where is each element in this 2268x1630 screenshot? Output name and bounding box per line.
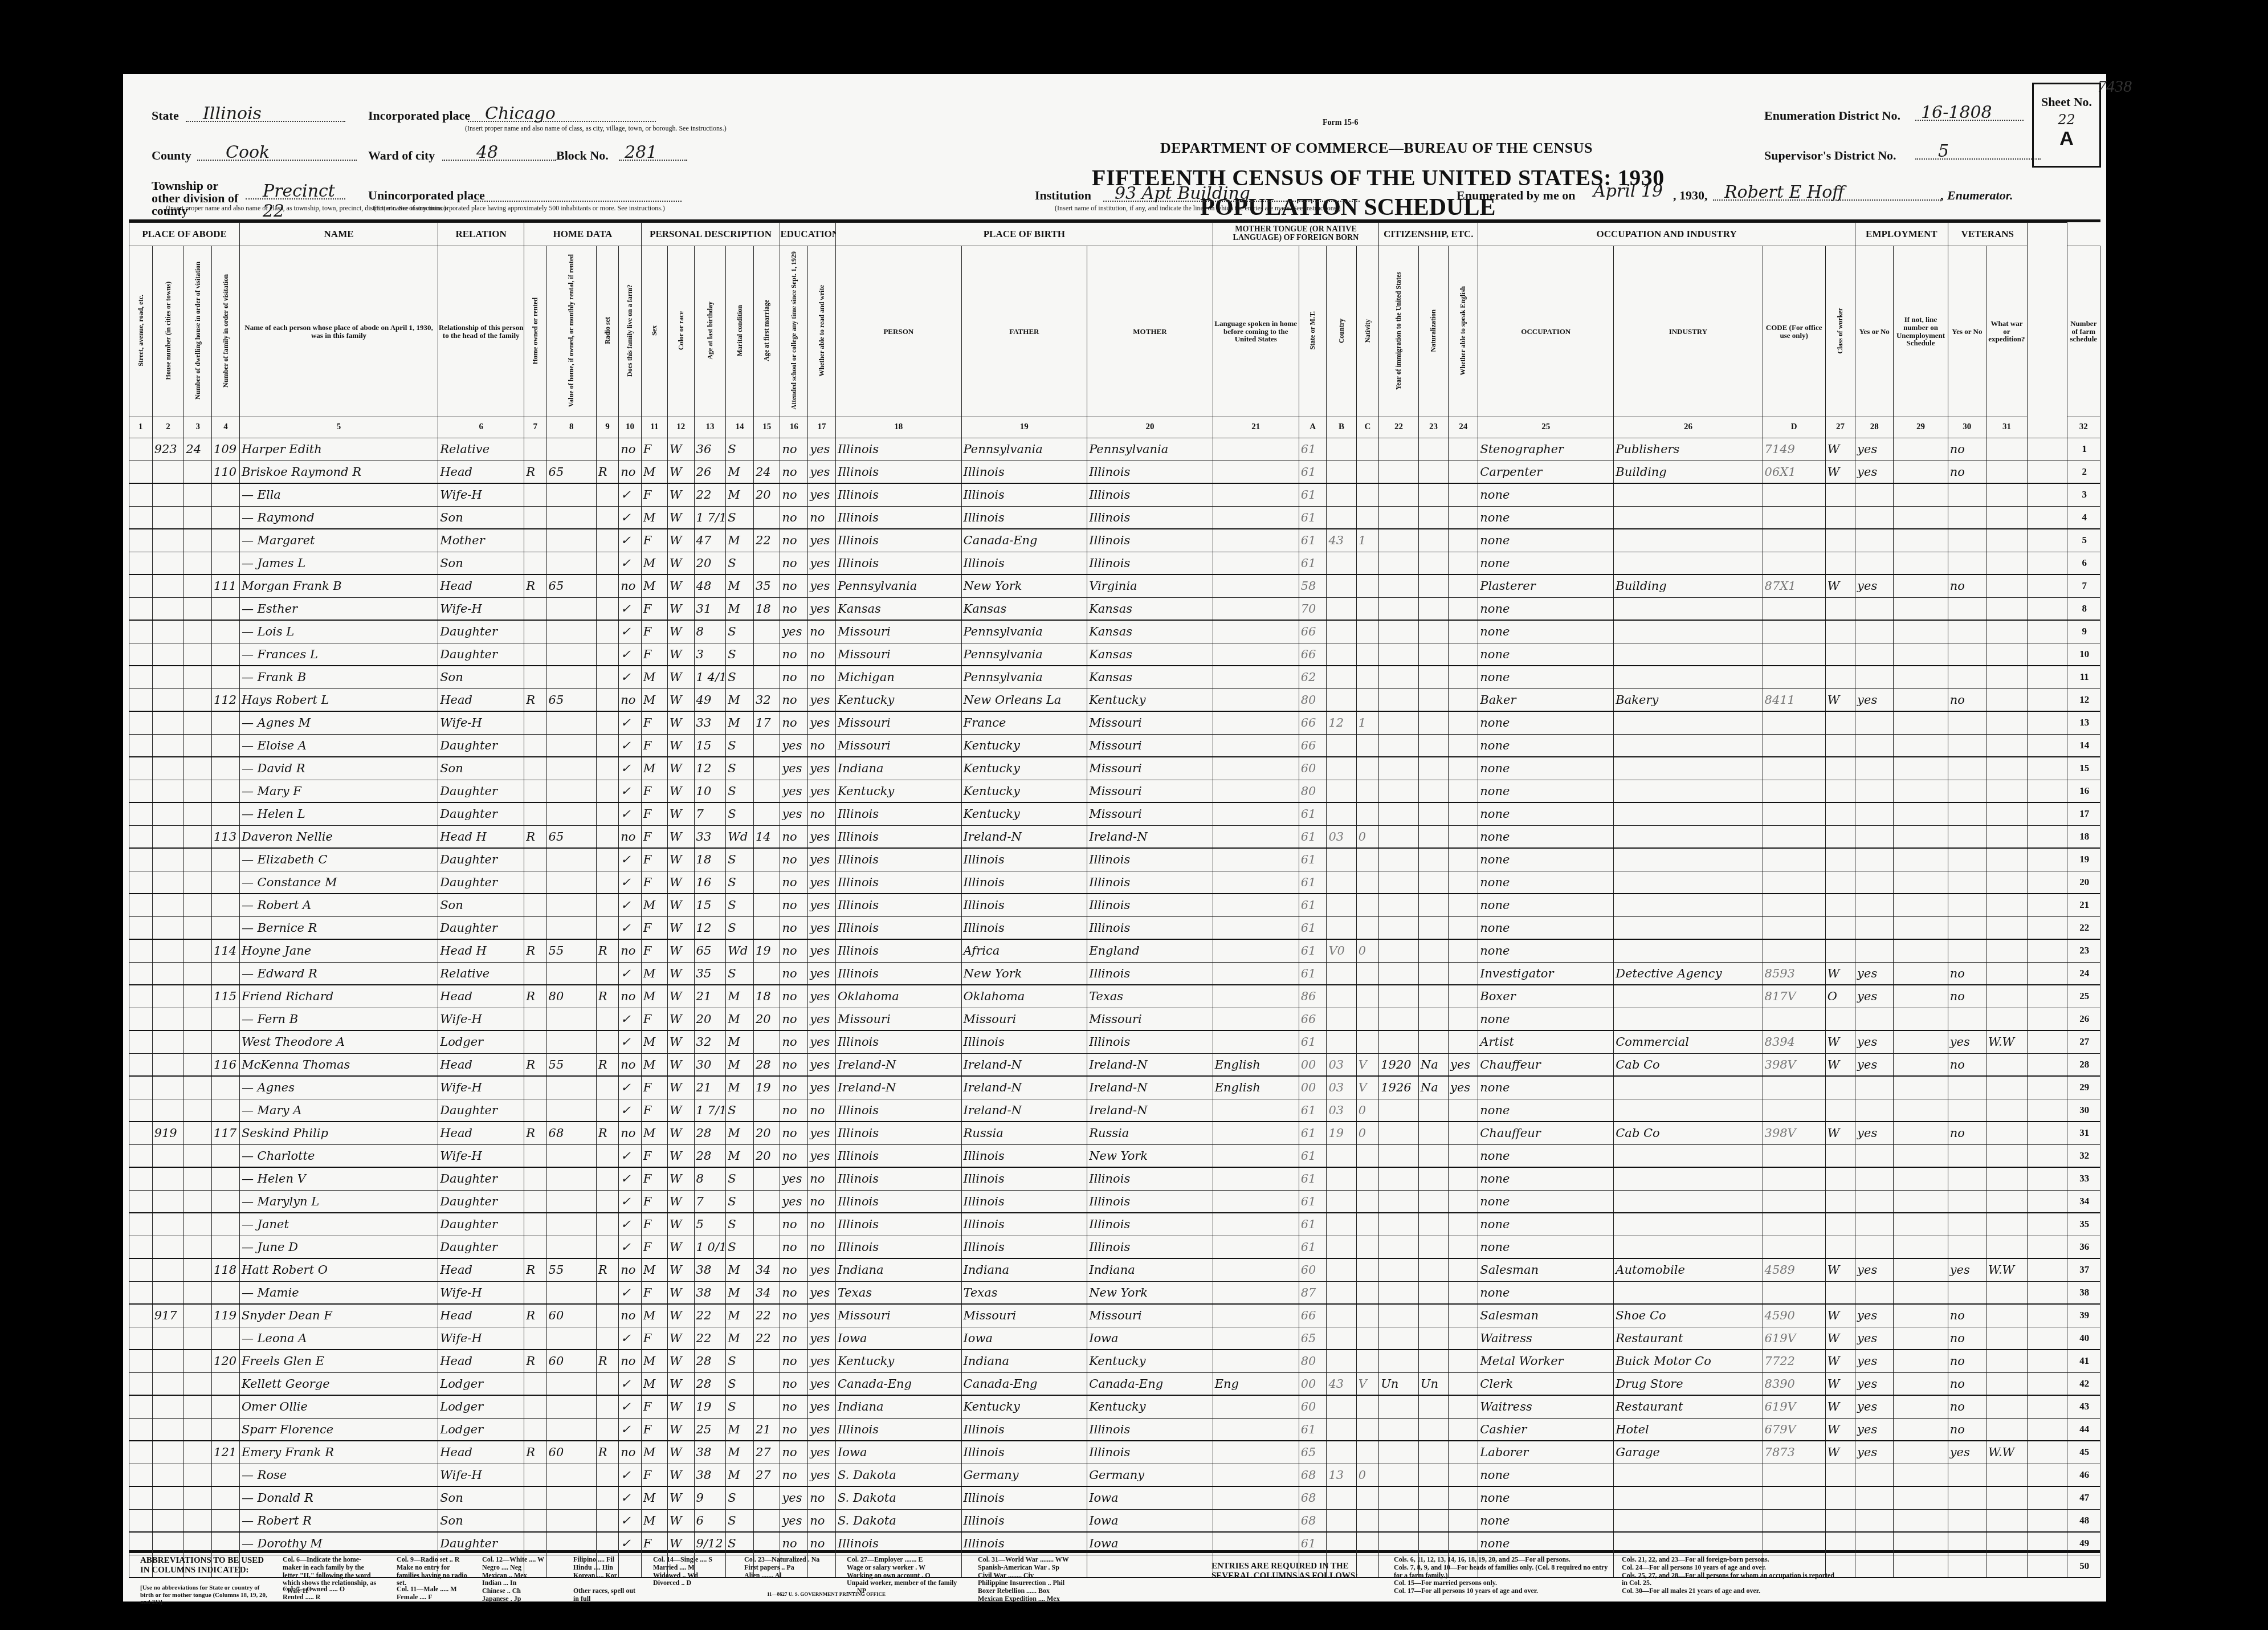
cell-vet: no — [1948, 461, 1986, 483]
cell-race: W — [668, 871, 694, 894]
cell-pob-father: Iowa — [961, 1327, 1087, 1350]
cell-nat — [1418, 1008, 1448, 1030]
cell-industry: Restaurant — [1614, 1327, 1763, 1350]
cell-eng — [1449, 962, 1478, 985]
cell-occupation: none — [1478, 1486, 1614, 1509]
cell-code-c — [1356, 1304, 1379, 1327]
cell-industry: Bakery — [1614, 688, 1763, 711]
cell-farm-sched — [2027, 1099, 2067, 1122]
cell-race: W — [668, 848, 694, 871]
column-number: 32 — [2067, 417, 2100, 438]
cell-age: 12 — [694, 916, 726, 939]
table-row: — Leona AWife-H✓FW22M22noyesIowaIowaIowa… — [129, 1327, 2100, 1350]
cell-class: O — [1825, 985, 1855, 1008]
cell-family — [212, 734, 240, 757]
cell-sex: F — [641, 1418, 667, 1441]
cell-farm-sched — [2027, 757, 2067, 780]
cell-immig — [1379, 1008, 1419, 1030]
cell-value: 55 — [546, 1258, 596, 1281]
cell-pob-father: Kansas — [961, 597, 1087, 620]
cell-lang — [1213, 916, 1299, 939]
cell-race: W — [668, 1076, 694, 1099]
cell-industry: Shoe Co — [1614, 1304, 1763, 1327]
cell-industry — [1614, 894, 1763, 916]
cell-pob: Illinois — [835, 438, 961, 461]
cell-race: W — [668, 1304, 694, 1327]
cell-farm: ✓ — [619, 1144, 642, 1167]
column-label: Year of immigration to the United States — [1395, 272, 1402, 390]
cell-house — [152, 734, 184, 757]
cell-family — [212, 1418, 240, 1441]
cell-own — [524, 1509, 546, 1532]
cell-class — [1825, 894, 1855, 916]
cell-lang — [1213, 1122, 1299, 1144]
cell-own: R — [524, 1258, 546, 1281]
cell-vet: no — [1948, 1053, 1986, 1076]
township-value: Precinct 22 — [246, 181, 345, 199]
cell-code-d — [1763, 734, 1825, 757]
cell-nat — [1418, 1464, 1448, 1486]
line-number: 43 — [2067, 1395, 2100, 1418]
cell-code-d — [1763, 1008, 1825, 1030]
cell-occupation: none — [1478, 1509, 1614, 1532]
cell-code-a: 00 — [1299, 1076, 1327, 1099]
cell-dwelling — [184, 1190, 212, 1213]
cell-war — [1986, 574, 2027, 597]
cell-sex: F — [641, 1395, 667, 1418]
cell-radio — [596, 1281, 618, 1304]
cell-marital: S — [726, 757, 754, 780]
cell-street — [129, 438, 153, 461]
cell-lang — [1213, 1281, 1299, 1304]
cell-school: yes — [780, 802, 808, 825]
column-label: What war or expedition? — [1988, 319, 2025, 343]
cell-work: yes — [1855, 1350, 1894, 1372]
cell-unemp — [1894, 1122, 1948, 1144]
cell-code-b — [1327, 1030, 1356, 1053]
cell-code-d — [1763, 643, 1825, 666]
cell-value — [546, 1486, 596, 1509]
cell-farm: ✓ — [619, 1076, 642, 1099]
cell-code-d — [1763, 1167, 1825, 1190]
cell-code-b — [1327, 1008, 1356, 1030]
cell-code-a: 61 — [1299, 1236, 1327, 1258]
cell-vet — [1948, 1236, 1986, 1258]
cell-family: 110 — [212, 461, 240, 483]
cell-relation: Head — [438, 574, 524, 597]
cell-eng — [1449, 643, 1478, 666]
cell-nat — [1418, 1236, 1448, 1258]
cell-name: — Rose — [239, 1464, 438, 1486]
department-title: DEPARTMENT OF COMMERCE—BUREAU OF THE CEN… — [1160, 140, 1593, 157]
cell-code-c — [1356, 1509, 1379, 1532]
cell-farm: ✓ — [619, 734, 642, 757]
cell-code-d — [1763, 1281, 1825, 1304]
cell-nat — [1418, 1441, 1448, 1464]
cell-war — [1986, 1327, 2027, 1350]
cell-sex: M — [641, 1372, 667, 1395]
cell-value — [546, 1144, 596, 1167]
cell-house — [152, 1509, 184, 1532]
table-row: — EstherWife-H✓FW31M18noyesKansasKansasK… — [129, 597, 2100, 620]
cell-vet — [1948, 506, 1986, 529]
cell-marital: M — [726, 597, 754, 620]
column-label: OCCUPATION — [1521, 327, 1571, 336]
cell-house — [152, 1076, 184, 1099]
cell-code-b — [1327, 734, 1356, 757]
line-number: 49 — [2067, 1532, 2100, 1555]
abbrev-title: ABBREVIATIONS TO BE USED IN COLUMNS INDI… — [140, 1556, 271, 1576]
cell-eng — [1449, 438, 1478, 461]
cell-pob-mother: Illinois — [1087, 1030, 1213, 1053]
cell-age-marr: 28 — [753, 1053, 780, 1076]
cell-age: 7 — [694, 1190, 726, 1213]
cell-pob: Illinois — [835, 1144, 961, 1167]
abbrev-col7: Col. 7—Owned ..... O Rented ..... R — [283, 1586, 380, 1602]
cell-relation: Daughter — [438, 871, 524, 894]
cell-street — [129, 597, 153, 620]
cell-read: no — [808, 1167, 836, 1190]
cell-family: 116 — [212, 1053, 240, 1076]
cell-code-b — [1327, 802, 1356, 825]
cell-work: yes — [1855, 1372, 1894, 1395]
cell-eng — [1449, 1281, 1478, 1304]
column-header-23: Naturalization — [1418, 246, 1448, 417]
cell-race: W — [668, 529, 694, 552]
cell-pob-mother: Kentucky — [1087, 688, 1213, 711]
cell-vet — [1948, 1144, 1986, 1167]
cell-age-marr: 19 — [753, 939, 780, 962]
cell-industry: Drug Store — [1614, 1372, 1763, 1395]
cell-code-d — [1763, 1213, 1825, 1236]
cell-sex: M — [641, 574, 667, 597]
cell-dwelling — [184, 483, 212, 506]
cell-marital: M — [726, 985, 754, 1008]
cell-street — [129, 985, 153, 1008]
cell-code-b — [1327, 780, 1356, 802]
cell-farm-sched — [2027, 1486, 2067, 1509]
cell-house — [152, 1350, 184, 1372]
cell-age-marr: 21 — [753, 1418, 780, 1441]
cell-industry — [1614, 734, 1763, 757]
cell-lang — [1213, 1236, 1299, 1258]
cell-farm: no — [619, 688, 642, 711]
cell-code-b — [1327, 688, 1356, 711]
cell-marital: M — [726, 461, 754, 483]
cell-race: W — [668, 1167, 694, 1190]
cell-house — [152, 688, 184, 711]
line-number: 3 — [2067, 483, 2100, 506]
column-label: Whether able to read and write — [818, 285, 826, 377]
column-label: Does this family live on a farm? — [626, 284, 634, 377]
cell-farm: no — [619, 1258, 642, 1281]
cell-farm-sched — [2027, 438, 2067, 461]
cell-work — [1855, 711, 1894, 734]
table-row: — Mary FDaughter✓FW10SyesyesKentuckyKent… — [129, 780, 2100, 802]
cell-lang — [1213, 620, 1299, 643]
cell-industry — [1614, 552, 1763, 574]
cell-farm: ✓ — [619, 1099, 642, 1122]
cell-work: yes — [1855, 985, 1894, 1008]
column-number: C — [1356, 417, 1379, 438]
cell-age-marr — [753, 1213, 780, 1236]
cell-unemp — [1894, 1509, 1948, 1532]
line-number: 25 — [2067, 985, 2100, 1008]
line-number: 32 — [2067, 1144, 2100, 1167]
cell-radio — [596, 916, 618, 939]
cell-vet — [1948, 552, 1986, 574]
cell-name: — Edward R — [239, 962, 438, 985]
cell-name: Snyder Dean F — [239, 1304, 438, 1327]
cell-read: no — [808, 1486, 836, 1509]
cell-code-b: 13 — [1327, 1464, 1356, 1486]
cell-war — [1986, 1486, 2027, 1509]
cell-pob-father: Illinois — [961, 848, 1087, 871]
column-label: Country — [1338, 319, 1345, 343]
cell-unemp — [1894, 848, 1948, 871]
cell-school: no — [780, 643, 808, 666]
cell-war — [1986, 597, 2027, 620]
cell-war — [1986, 757, 2027, 780]
cell-house — [152, 1395, 184, 1418]
cell-house — [152, 1418, 184, 1441]
cell-house — [152, 1144, 184, 1167]
cell-read: yes — [808, 1327, 836, 1350]
line-number: 48 — [2067, 1509, 2100, 1532]
cell-pob: Illinois — [835, 1213, 961, 1236]
cell-war — [1986, 1236, 2027, 1258]
cell-family — [212, 1030, 240, 1053]
cell-eng — [1449, 1258, 1478, 1281]
cell-class — [1825, 1076, 1855, 1099]
cell-work — [1855, 1008, 1894, 1030]
cell-nat — [1418, 871, 1448, 894]
line-number: 12 — [2067, 688, 2100, 711]
cell-radio — [596, 1213, 618, 1236]
cell-relation: Wife-H — [438, 1144, 524, 1167]
cell-pob: Canada-Eng — [835, 1372, 961, 1395]
cell-value — [546, 780, 596, 802]
cell-work — [1855, 1190, 1894, 1213]
cell-house — [152, 962, 184, 985]
cell-code-d — [1763, 825, 1825, 848]
cell-nat — [1418, 1122, 1448, 1144]
cell-school: no — [780, 985, 808, 1008]
cell-unemp — [1894, 1395, 1948, 1418]
cell-nat — [1418, 552, 1448, 574]
cell-occupation: Artist — [1478, 1030, 1614, 1053]
cell-code-b — [1327, 506, 1356, 529]
cell-name: Harper Edith — [239, 438, 438, 461]
cell-immig — [1379, 1144, 1419, 1167]
cell-code-a: 61 — [1299, 1418, 1327, 1441]
cell-code-c — [1356, 1258, 1379, 1281]
cell-eng — [1449, 666, 1478, 688]
cell-age: 38 — [694, 1281, 726, 1304]
cell-school: no — [780, 688, 808, 711]
cell-code-a: 61 — [1299, 1213, 1327, 1236]
cell-relation: Son — [438, 757, 524, 780]
column-label: Marital condition — [736, 305, 744, 356]
cell-farm-sched — [2027, 666, 2067, 688]
cell-family — [212, 1190, 240, 1213]
cell-industry — [1614, 916, 1763, 939]
cell-farm: ✓ — [619, 597, 642, 620]
cell-marital: M — [726, 1464, 754, 1486]
cell-war — [1986, 1008, 2027, 1030]
cell-farm: ✓ — [619, 1532, 642, 1555]
cell-radio — [596, 483, 618, 506]
cell-farm: ✓ — [619, 1486, 642, 1509]
cell-radio — [596, 1509, 618, 1532]
cell-street — [129, 1509, 153, 1532]
table-row: — Dorothy MDaughter✓FW9/12SnonoIllinoisI… — [129, 1532, 2100, 1555]
cell-code-c — [1356, 916, 1379, 939]
cell-code-d: 817V — [1763, 985, 1825, 1008]
cell-code-d — [1763, 597, 1825, 620]
cell-own — [524, 529, 546, 552]
column-header-22: Year of immigration to the United States — [1379, 246, 1419, 417]
cell-nat — [1418, 916, 1448, 939]
column-number: 25 — [1478, 417, 1614, 438]
cell-unemp — [1894, 1258, 1948, 1281]
cell-unemp — [1894, 802, 1948, 825]
cell-relation: Wife-H — [438, 1281, 524, 1304]
cell-nat — [1418, 939, 1448, 962]
cell-relation: Head H — [438, 825, 524, 848]
cell-name: — Elizabeth C — [239, 848, 438, 871]
cell-age: 1 7/12 — [694, 506, 726, 529]
cell-code-d: 4590 — [1763, 1304, 1825, 1327]
cell-work — [1855, 1532, 1894, 1555]
cell-school: no — [780, 461, 808, 483]
cell-eng — [1449, 1144, 1478, 1167]
cell-work: yes — [1855, 1258, 1894, 1281]
cell-street — [129, 1167, 153, 1190]
cell-vet — [1948, 757, 1986, 780]
cell-school: no — [780, 1281, 808, 1304]
cell-relation: Lodger — [438, 1418, 524, 1441]
cell-house — [152, 1190, 184, 1213]
cell-pob: Illinois — [835, 848, 961, 871]
cell-industry — [1614, 711, 1763, 734]
cell-sex: F — [641, 529, 667, 552]
table-row: — Elizabeth CDaughter✓FW18SnoyesIllinois… — [129, 848, 2100, 871]
cell-dwelling — [184, 666, 212, 688]
cell-code-b — [1327, 1144, 1356, 1167]
cell-dwelling — [184, 1372, 212, 1395]
cell-read: yes — [808, 1418, 836, 1441]
cell-radio — [596, 871, 618, 894]
cell-pob-mother: Russia — [1087, 1122, 1213, 1144]
line-number: 14 — [2067, 734, 2100, 757]
cell-radio: R — [596, 1122, 618, 1144]
cell-code-b — [1327, 438, 1356, 461]
ed-value: 16-1808 — [1915, 103, 2024, 121]
cell-relation: Daughter — [438, 1190, 524, 1213]
cell-industry: Hotel — [1614, 1418, 1763, 1441]
cell-dwelling — [184, 1395, 212, 1418]
cell-sex: M — [641, 1053, 667, 1076]
cell-code-a: 87 — [1299, 1281, 1327, 1304]
cell-family — [212, 962, 240, 985]
cell-value — [546, 643, 596, 666]
cell-farm-sched — [2027, 620, 2067, 643]
table-row: 92324109Harper EdithRelativenoFW36Snoyes… — [129, 438, 2100, 461]
ward-value: 48 — [442, 142, 556, 161]
cell-read: yes — [808, 529, 836, 552]
column-number: 17 — [808, 417, 836, 438]
cell-code-b — [1327, 461, 1356, 483]
cell-radio — [596, 688, 618, 711]
cell-race: W — [668, 1441, 694, 1464]
cell-unemp — [1894, 1030, 1948, 1053]
cell-name: — Constance M — [239, 871, 438, 894]
entries-list-2: Cols. 21, 22, and 23—For all foreign-bor… — [1622, 1556, 1838, 1595]
cell-age-marr — [753, 962, 780, 985]
cell-dwelling: 24 — [184, 438, 212, 461]
cell-war — [1986, 552, 2027, 574]
line-number: 40 — [2067, 1327, 2100, 1350]
cell-read: yes — [808, 483, 836, 506]
cell-vet: no — [1948, 574, 1986, 597]
cell-code-b — [1327, 894, 1356, 916]
cell-class: W — [1825, 1395, 1855, 1418]
cell-farm: ✓ — [619, 1395, 642, 1418]
cell-lang — [1213, 597, 1299, 620]
cell-industry: Buick Motor Co — [1614, 1350, 1763, 1372]
cell-code-c — [1356, 1167, 1379, 1190]
cell-unemp — [1894, 962, 1948, 985]
cell-age: 28 — [694, 1372, 726, 1395]
cell-class — [1825, 1190, 1855, 1213]
cell-relation: Son — [438, 1486, 524, 1509]
cell-farm: ✓ — [619, 643, 642, 666]
cell-pob-father: Illinois — [961, 1532, 1087, 1555]
cell-street — [129, 666, 153, 688]
cell-vet — [1948, 939, 1986, 962]
cell-work: yes — [1855, 461, 1894, 483]
cell-code-c — [1356, 1418, 1379, 1441]
column-label: Whether able to speak English — [1459, 286, 1467, 375]
cell-pob: S. Dakota — [835, 1509, 961, 1532]
cell-family — [212, 483, 240, 506]
cell-race: W — [668, 757, 694, 780]
cell-immig — [1379, 962, 1419, 985]
table-row: — JanetDaughter✓FW5SnonoIllinoisIllinois… — [129, 1213, 2100, 1236]
cell-pob-father: Illinois — [961, 552, 1087, 574]
cell-school: no — [780, 848, 808, 871]
cell-age: 12 — [694, 757, 726, 780]
cell-pob-father: Illinois — [961, 506, 1087, 529]
column-number: A — [1299, 417, 1327, 438]
cell-nat — [1418, 529, 1448, 552]
cell-marital: S — [726, 1395, 754, 1418]
cell-age-marr — [753, 1509, 780, 1532]
cell-marital: M — [726, 1327, 754, 1350]
cell-lang — [1213, 1464, 1299, 1486]
cell-class — [1825, 643, 1855, 666]
cell-occupation: none — [1478, 1008, 1614, 1030]
cell-own — [524, 1418, 546, 1441]
cell-age: 22 — [694, 483, 726, 506]
column-label: INDUSTRY — [1669, 327, 1707, 336]
cell-lang — [1213, 529, 1299, 552]
cell-name: Emery Frank R — [239, 1441, 438, 1464]
cell-eng — [1449, 1122, 1478, 1144]
cell-unemp — [1894, 1190, 1948, 1213]
cell-lang — [1213, 1441, 1299, 1464]
